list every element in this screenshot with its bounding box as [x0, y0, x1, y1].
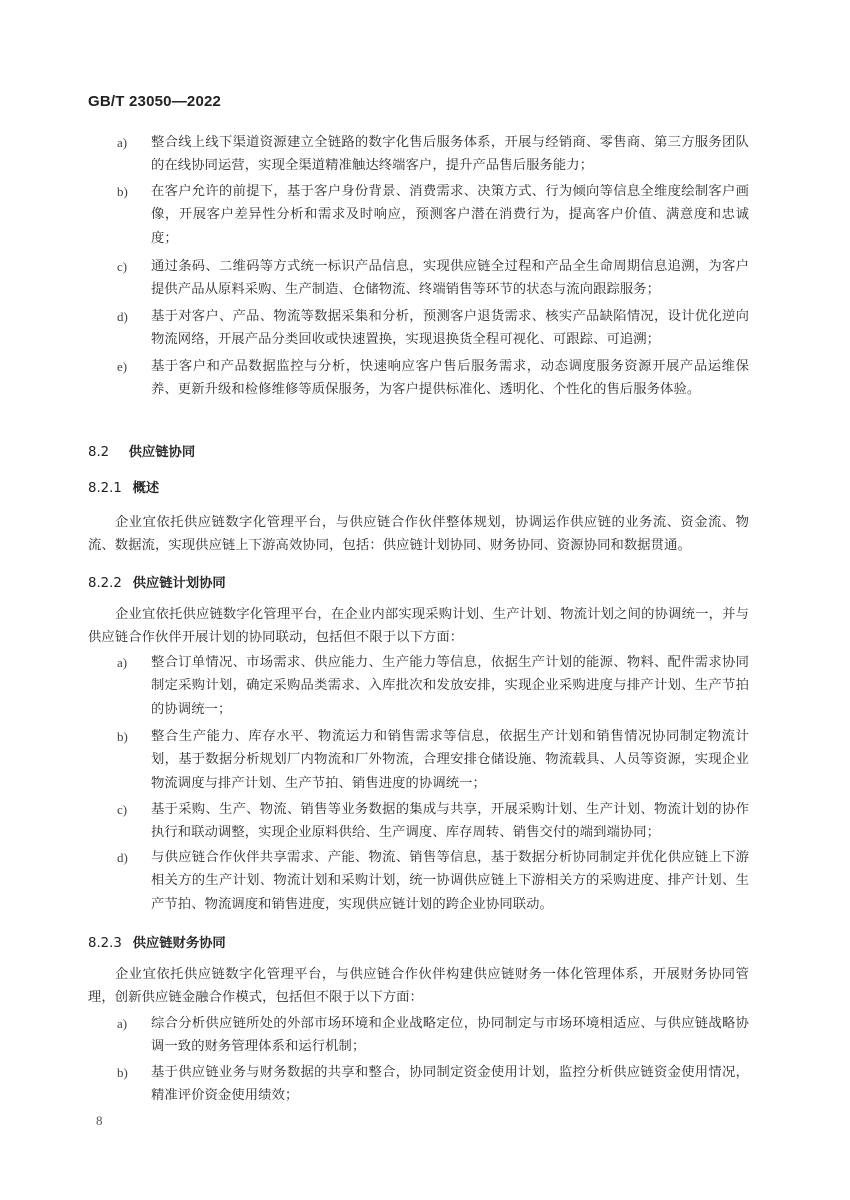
- list-item: b) 整合生产能力、库存水平、物流运力和销售需求等信息，依据生产计划和销售情况协…: [117, 725, 749, 795]
- page-number: 8: [96, 1113, 103, 1129]
- list-item: d) 与供应链合作伙伴共享需求、产能、物流、销售等信息，基于数据分析协同制定并优…: [117, 846, 749, 916]
- section-heading-8-2: 8.2 供应链协同: [88, 441, 195, 460]
- section-title: 供应链协同: [129, 445, 195, 460]
- list-item-label: a): [117, 1012, 127, 1035]
- section-title: 供应链计划协同: [133, 576, 226, 591]
- list-item-text: 基于采购、生产、物流、销售等业务数据的集成与共享，开展采购计划、生产计划、物流计…: [151, 798, 749, 845]
- section-title: 供应链财务协同: [133, 936, 226, 951]
- list-item: a) 整合线上线下渠道资源建立全链路的数字化售后服务体系，开展与经销商、零售商、…: [117, 131, 749, 178]
- section-heading-8-2-1: 8.2.1 概述: [88, 477, 159, 496]
- list-item-label: b): [117, 725, 128, 748]
- list-item: a) 整合订单情况、市场需求、供应能力、生产能力等信息，依据生产计划的能源、物料…: [117, 651, 749, 721]
- paragraph: 企业宜依托供应链数字化管理平台，与供应链合作伙伴整体规划，协调运作供应链的业务流…: [88, 511, 749, 558]
- paragraph: 企业宜依托供应链数字化管理平台，在企业内部实现采购计划、生产计划、物流计划之间的…: [88, 603, 749, 650]
- list-item: b) 在客户允许的前提下，基于客户身份背景、消费需求、决策方式、行为倾向等信息全…: [117, 180, 749, 250]
- list-item-text: 整合订单情况、市场需求、供应能力、生产能力等信息，依据生产计划的能源、物料、配件…: [151, 651, 749, 721]
- standard-id-header: GB/T 23050—2022: [88, 93, 221, 110]
- list-item-label: d): [117, 305, 128, 328]
- list-item: a) 综合分析供应链所处的外部市场环境和企业战略定位，协同制定与市场环境相适应、…: [117, 1012, 749, 1059]
- section-number: 8.2.2: [88, 576, 128, 591]
- list-item-label: d): [117, 846, 128, 869]
- list-item-text: 基于客户和产品数据监控与分析，快速响应客户售后服务需求，动态调度服务资源开展产品…: [151, 355, 749, 402]
- list-item-label: e): [117, 355, 127, 378]
- list-item: e) 基于客户和产品数据监控与分析，快速响应客户售后服务需求，动态调度服务资源开…: [117, 355, 749, 402]
- section-heading-8-2-2: 8.2.2 供应链计划协同: [88, 572, 226, 591]
- paragraph: 企业宜依托供应链数字化管理平台，与供应链合作伙伴构建供应链财务一体化管理体系，开…: [88, 963, 749, 1010]
- document-page: GB/T 23050—2022 a) 整合线上线下渠道资源建立全链路的数字化售后…: [0, 0, 850, 1200]
- section-number: 8.2: [88, 445, 124, 460]
- list-item-text: 综合分析供应链所处的外部市场环境和企业战略定位，协同制定与市场环境相适应、与供应…: [151, 1012, 749, 1059]
- list-item-text: 在客户允许的前提下，基于客户身份背景、消费需求、决策方式、行为倾向等信息全维度绘…: [151, 180, 749, 250]
- list-item-text: 整合线上线下渠道资源建立全链路的数字化售后服务体系，开展与经销商、零售商、第三方…: [151, 131, 749, 178]
- list-item-text: 整合生产能力、库存水平、物流运力和销售需求等信息，依据生产计划和销售情况协同制定…: [151, 725, 749, 795]
- section-number: 8.2.1: [88, 481, 128, 496]
- list-item: c) 基于采购、生产、物流、销售等业务数据的集成与共享，开展采购计划、生产计划、…: [117, 798, 749, 845]
- list-item: c) 通过条码、二维码等方式统一标识产品信息，实现供应链全过程和产品全生命周期信…: [117, 255, 749, 302]
- section-heading-8-2-3: 8.2.3 供应链财务协同: [88, 932, 226, 951]
- section-title: 概述: [133, 481, 160, 496]
- list-item-label: c): [117, 798, 127, 821]
- list-item-text: 基于供应链业务与财务数据的共享和整合，协同制定资金使用计划，监控分析供应链资金使…: [151, 1061, 749, 1108]
- list-item-label: c): [117, 255, 127, 278]
- list-item-label: a): [117, 651, 127, 674]
- list-item-label: b): [117, 1061, 128, 1084]
- list-item: b) 基于供应链业务与财务数据的共享和整合，协同制定资金使用计划，监控分析供应链…: [117, 1061, 749, 1108]
- section-number: 8.2.3: [88, 936, 128, 951]
- list-item: d) 基于对客户、产品、物流等数据采集和分析，预测客户退货需求、核实产品缺陷情况…: [117, 305, 749, 352]
- list-item-text: 与供应链合作伙伴共享需求、产能、物流、销售等信息，基于数据分析协同制定并优化供应…: [151, 846, 749, 916]
- list-item-label: b): [117, 180, 128, 203]
- list-item-text: 通过条码、二维码等方式统一标识产品信息，实现供应链全过程和产品全生命周期信息追溯…: [151, 255, 749, 302]
- list-item-text: 基于对客户、产品、物流等数据采集和分析，预测客户退货需求、核实产品缺陷情况，设计…: [151, 305, 749, 352]
- list-item-label: a): [117, 131, 127, 154]
